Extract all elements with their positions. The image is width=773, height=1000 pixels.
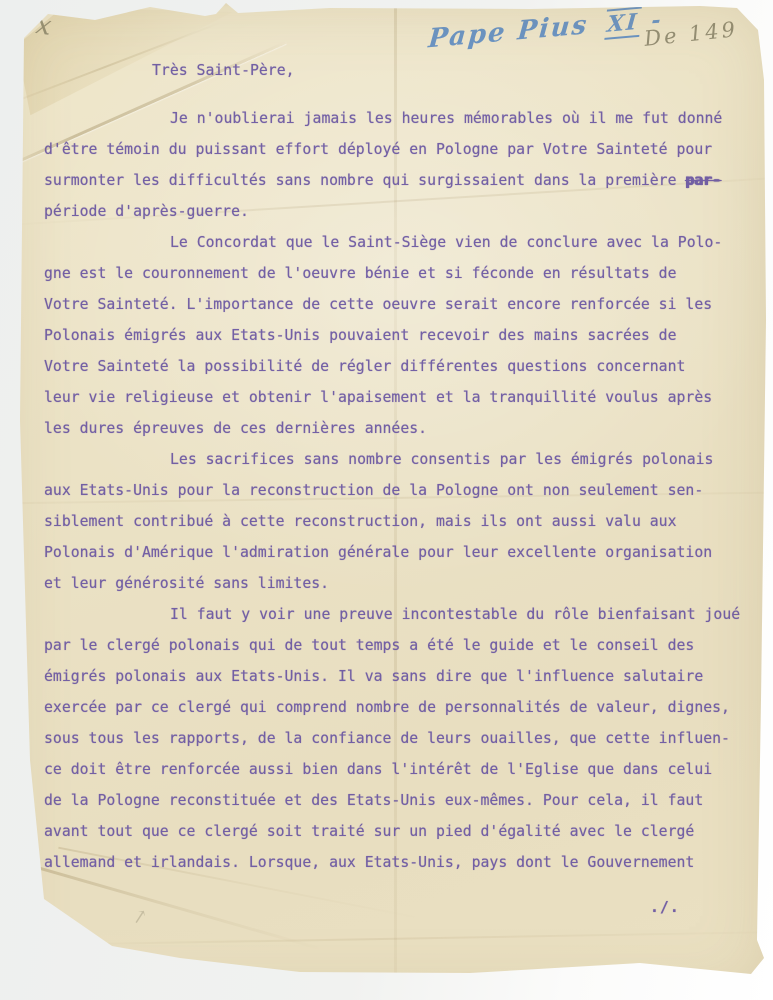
letter-line: émigrés polonais aux Etats-Unis. Il va s…: [44, 661, 764, 692]
letter-paper: x Pape Pius XI - De 149 Très Saint-Père,…: [0, 0, 773, 1000]
letter-line: Il faut y voir une preuve incontestable …: [44, 599, 764, 630]
line-text: de la Pologne reconstituée et des Etats-…: [44, 792, 703, 809]
letter-body: Je n'oublierai jamais les heures mémorab…: [44, 103, 764, 878]
pope-name: Pape Pius: [427, 10, 589, 54]
letter-line: période d'après-guerre.: [44, 196, 764, 227]
line-text: gne est le couronnement de l'oeuvre béni…: [44, 265, 677, 282]
line-text: sous tous les rapports, de la confiance …: [44, 730, 730, 747]
line-text: Je n'oublierai jamais les heures mémorab…: [170, 110, 722, 127]
line-text: Votre Sainteté. L'importance de cette oe…: [44, 296, 712, 313]
line-text: ce doit être renforcée aussi bien dans l…: [44, 761, 712, 778]
line-text: Il faut y voir une preuve incontestable …: [170, 606, 740, 623]
crease: [0, 931, 760, 946]
letter-line: siblement contribué à cette reconstructi…: [44, 506, 764, 537]
pencil-arrow-mark: ↗: [130, 905, 150, 930]
line-text: avant tout que ce clergé soit traité sur…: [44, 823, 694, 840]
continuation-mark: ./.: [650, 899, 680, 916]
letter-line: Les sacrifices sans nombre consentis par…: [44, 444, 764, 475]
letter-line: surmonter les difficultés sans nombre qu…: [44, 165, 764, 196]
letter-line: aux Etats-Unis pour la reconstruction de…: [44, 475, 764, 506]
line-text: exercée par ce clergé qui comprend nombr…: [44, 699, 730, 716]
salutation: Très Saint-Père,: [152, 62, 295, 79]
letter-line: par le clergé polonais qui de tout temps…: [44, 630, 764, 661]
line-text: émigrés polonais aux Etats-Unis. Il va s…: [44, 668, 703, 685]
letter-line: ce doit être renforcée aussi bien dans l…: [44, 754, 764, 785]
letter-line: avant tout que ce clergé soit traité sur…: [44, 816, 764, 847]
line-text: période d'après-guerre.: [44, 203, 249, 220]
line-text: Polonais d'Amérique l'admiration général…: [44, 544, 712, 561]
overstruck-word: par-: [685, 172, 721, 189]
line-text: leur vie religieuse et obtenir l'apaisem…: [44, 389, 712, 406]
line-text: allemand et irlandais. Lorsque, aux Etat…: [44, 854, 694, 871]
letter-line: Je n'oublierai jamais les heures mémorab…: [44, 103, 764, 134]
line-text: siblement contribué à cette reconstructi…: [44, 513, 677, 530]
letter-line: d'être témoin du puissant effort déployé…: [44, 134, 764, 165]
line-text: les dures épreuves de ces dernières anné…: [44, 420, 427, 437]
line-text: Les sacrifices sans nombre consentis par…: [170, 451, 713, 468]
letter-line: les dures épreuves de ces dernières anné…: [44, 413, 764, 444]
line-text: aux Etats-Unis pour la reconstruction de…: [44, 482, 703, 499]
line-text: Votre Sainteté la possibilité de régler …: [44, 358, 685, 375]
letter-line: leur vie religieuse et obtenir l'apaisem…: [44, 382, 764, 413]
line-text: Le Concordat que le Saint-Siège vien de …: [170, 234, 722, 251]
letter-line: Polonais émigrés aux Etats-Unis pouvaien…: [44, 320, 764, 351]
letter-line: de la Pologne reconstituée et des Etats-…: [44, 785, 764, 816]
line-text: et leur générosité sans limites.: [44, 575, 329, 592]
letter-line: sous tous les rapports, de la confiance …: [44, 723, 764, 754]
letter-line: gne est le couronnement de l'oeuvre béni…: [44, 258, 764, 289]
line-text: Polonais émigrés aux Etats-Unis pouvaien…: [44, 327, 677, 344]
letter-line: exercée par ce clergé qui comprend nombr…: [44, 692, 764, 723]
letter-line: et leur générosité sans limites.: [44, 568, 764, 599]
letter-line: Votre Sainteté. L'importance de cette oe…: [44, 289, 764, 320]
line-text: par le clergé polonais qui de tout temps…: [44, 637, 694, 654]
letter-line: Votre Sainteté la possibilité de régler …: [44, 351, 764, 382]
scan-background: x Pape Pius XI - De 149 Très Saint-Père,…: [0, 0, 773, 1000]
line-text: surmonter les difficultés sans nombre qu…: [44, 172, 685, 189]
line-text: d'être témoin du puissant effort déployé…: [44, 141, 712, 158]
letter-line: Polonais d'Amérique l'admiration général…: [44, 537, 764, 568]
letter-line: Le Concordat que le Saint-Siège vien de …: [44, 227, 764, 258]
handwritten-pope-annotation: Pape Pius XI -: [427, 4, 664, 55]
pope-numeral: XI: [604, 7, 642, 40]
letter-line: allemand et irlandais. Lorsque, aux Etat…: [44, 847, 764, 878]
